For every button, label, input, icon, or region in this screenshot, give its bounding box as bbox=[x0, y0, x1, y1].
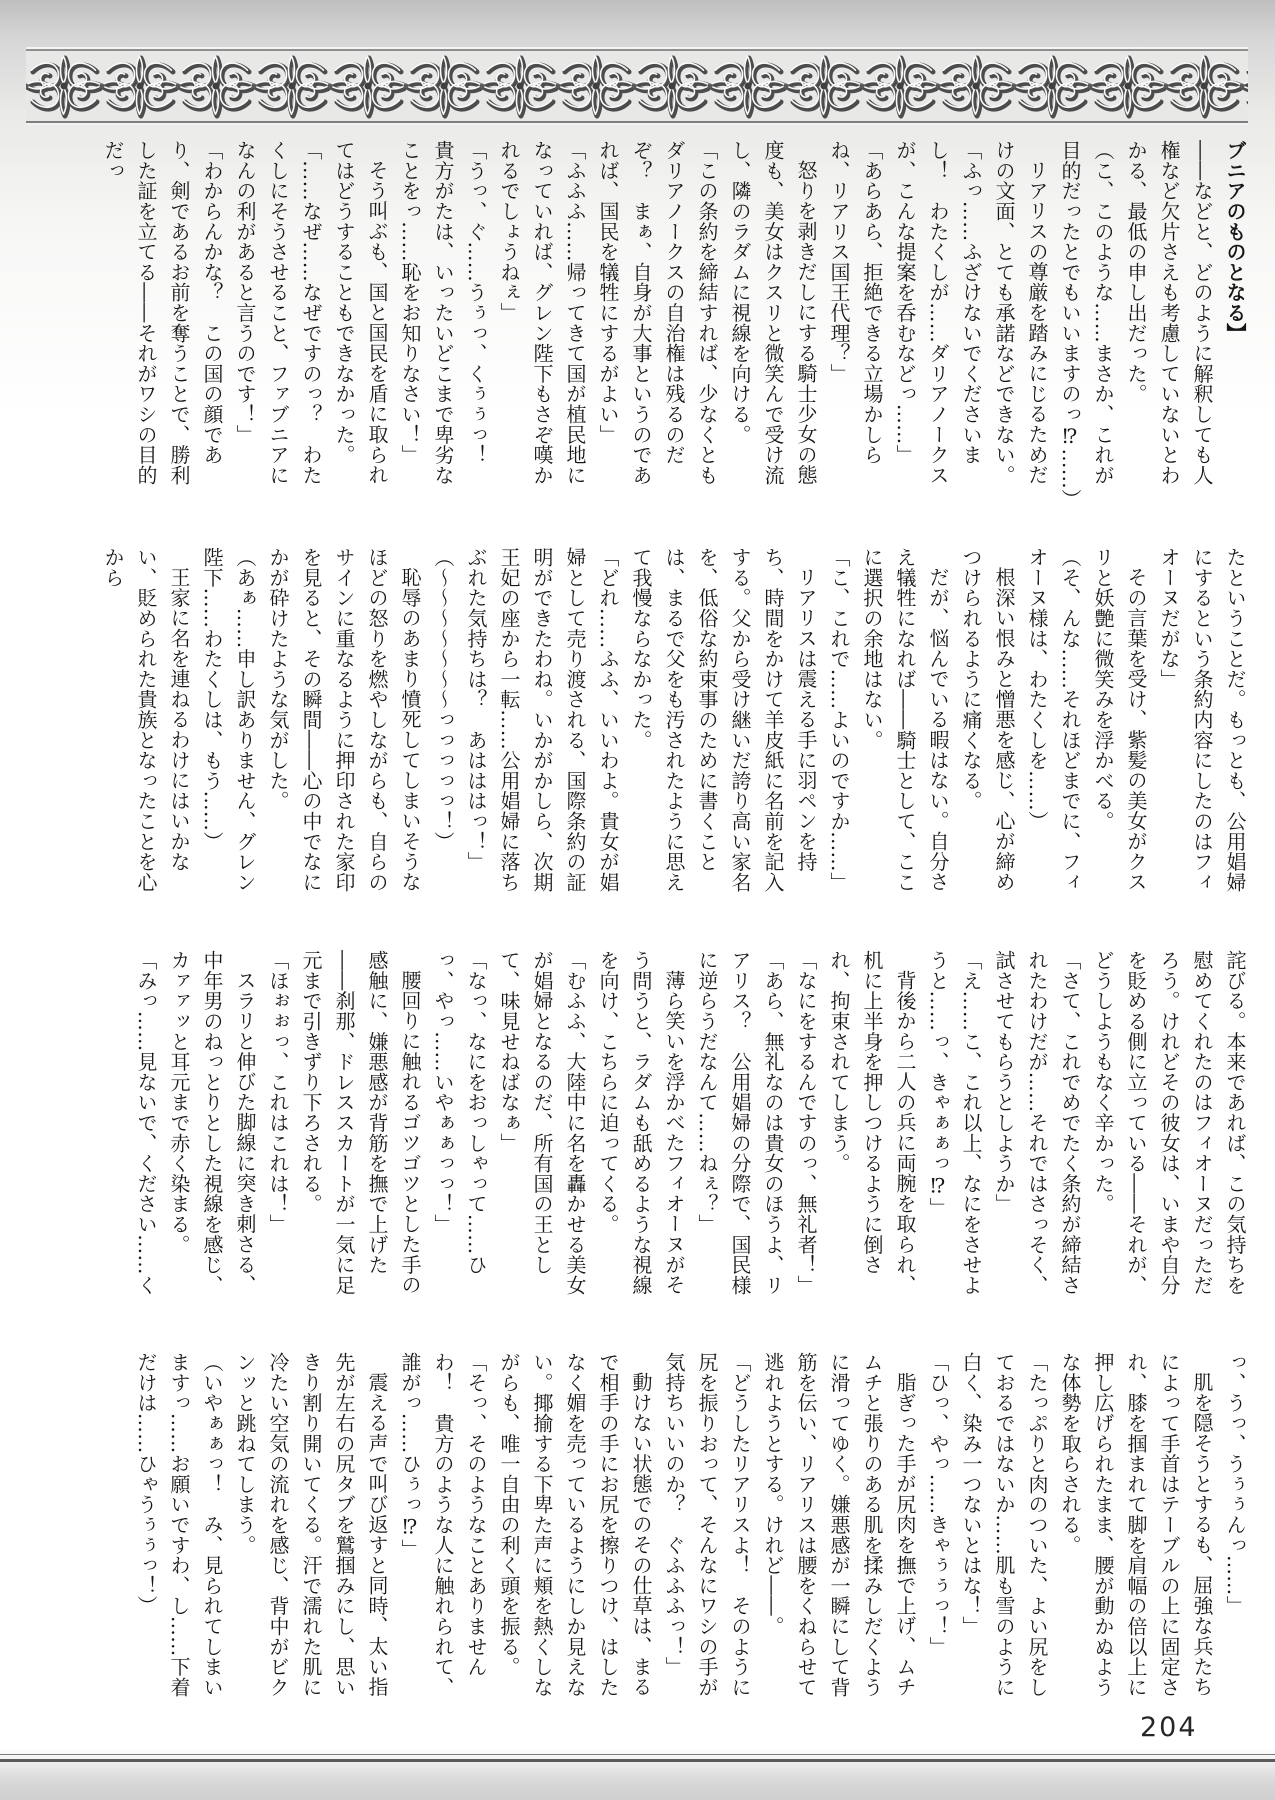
paragraph: 脂ぎった手が尻肉を撫で上げ、ムチムチと張りのある肌を揉みしだくように滑ってゆく。… bbox=[756, 1352, 921, 1714]
paragraph: その言葉を受け、紫髪の美女がクスリと妖艶に微笑みを浮かべる。 bbox=[1086, 547, 1152, 909]
paragraph: 怒りを剥きだしにする騎士少女の態度も、美女はクスリと微笑んで受け流し、隣のラダム… bbox=[723, 140, 822, 502]
paragraph: 「どうしたリアリスよ！ そのように尻を振りおって、そんなにワシの手が気持ちいいの… bbox=[657, 1352, 756, 1714]
text-band-3: 詫びる。本来であれば、この気持ちを慰めてくれたのはフィオーヌだっただろう。けれど… bbox=[119, 950, 1251, 1312]
paragraph: スラリと伸びた脚線に突き刺さる、中年男のねっとりとした視線を感じ、カァァッと耳元… bbox=[162, 950, 261, 1312]
paragraph: 「そっ、そのようなことありませんわ！ 貴方のような人に触れられて、誰がっ……ひぅ… bbox=[393, 1352, 492, 1714]
paragraph: 「どれ……ふふ、いいわよ。貴女が娼婦として売り渡される、国際条約の証明ができたわ… bbox=[459, 547, 624, 909]
paragraph: 「こ、これで……よいのですか……」 bbox=[822, 547, 855, 909]
paragraph: 「なっ、なにをおっしゃって……ひっ、やっ……いやぁぁっっ！」 bbox=[426, 950, 492, 1312]
paragraph: 腰回りに触れるゴツゴツとした手の感触に、嫌悪感が背筋を撫で上げた――刹那、ドレス… bbox=[294, 950, 426, 1312]
paragraph: 恥辱のあまり憤死してしまいそうなほどの怒りを燃やしながらも、自らのサインに重なる… bbox=[261, 547, 426, 909]
paragraph: 「うっ、ぐ……うぅっ、くぅぅっ！ 貴方がたは、いったいどこまで卑劣なことをっ……… bbox=[393, 140, 492, 502]
paragraph: っ、うっ、うぅぅんっ……」 bbox=[1218, 1352, 1251, 1714]
paragraph: 薄ら笑いを浮かべたフィオーヌがそう問うと、ラダムも舐めるような視線を向け、こちら… bbox=[591, 950, 690, 1312]
paragraph: そう叫ぶも、国と国民を盾に取られてはどうすることもできなかった。 bbox=[327, 140, 393, 502]
paragraph: 「あらあら、拒絶できる立場かしらね、リアリス国王代理？」 bbox=[822, 140, 888, 502]
paragraph: （〜〜〜〜〜〜〜っっっっっ！） bbox=[426, 547, 459, 909]
paragraph: 王家に名を連ねるわけにはいかない、貶められた貴族となったことを心から bbox=[96, 547, 195, 909]
paragraph: 震える声で叫び返すと同時、太い指先が左右の尻タブを鷲掴みにし、思いきり割り開いて… bbox=[228, 1352, 393, 1714]
paragraph: リアリスは震える手に羽ペンを持ち、時間をかけて羊皮紙に名前を記入する。父から受け… bbox=[624, 547, 822, 909]
paragraph: 「ひっ、やっ……きゃぅぅっ！」 bbox=[921, 1352, 954, 1714]
paragraph: だが、悩んでいる暇はない。自分さえ犠牲になれば――騎士として、ここに選択の余地は… bbox=[855, 547, 954, 909]
book-page: { "page": { "number": "204" }, "decor": … bbox=[0, 0, 1275, 1800]
paragraph: 「ふふふ……帰ってきて国が植民地になっていれば、グレン陛下もさぞ嘆かれるでしょう… bbox=[492, 140, 591, 502]
paragraph: 「この条約を締結すれば、少なくともダリアノークスの自治権は残るのだぞ？ まぁ、自… bbox=[591, 140, 723, 502]
paragraph: 「なにをするんですのっ、無礼者！」 bbox=[789, 950, 822, 1312]
arabesque-pattern-icon bbox=[26, 51, 1248, 121]
paragraph: 「ほぉぉっ、これはこれは！」 bbox=[261, 950, 294, 1312]
paragraph: 根深い恨みと憎悪を感じ、心が締めつけられるように痛くなる。 bbox=[954, 547, 1020, 909]
section-heading: ブニアのものとなる】 bbox=[1218, 140, 1251, 502]
paragraph: 「みっ……見ないで、ください……く bbox=[129, 950, 162, 1312]
paragraph: （いやぁぁっ！ み、見られてしまいますっ……お願いですわ、し……下着だけは……ひ… bbox=[129, 1352, 228, 1714]
paragraph: （こ、このような……まさか、これが目的だったとでもいいますのっ⁉……） bbox=[1053, 140, 1119, 502]
paragraph: 背後から二人の兵に両腕を取られ、机に上半身を押しつけるように倒され、拘束されてし… bbox=[822, 950, 921, 1312]
text-band-4: っ、うっ、うぅぅんっ……」肌を隠そうとするも、屈強な兵たちによって手首はテーブル… bbox=[119, 1352, 1251, 1714]
paragraph: （そ、んな……それほどまでに、フィオーヌ様は、わたくしを……） bbox=[1020, 547, 1086, 909]
paragraph: たということだ。もっとも、公用娼婦にするという条約内容にしたのはフィオーヌだがな… bbox=[1152, 547, 1251, 909]
paragraph: 「さて、これでめでたく条約が締結されたわけだが……それではさっそく、試させてもら… bbox=[987, 950, 1086, 1312]
footer-rule-thin bbox=[0, 1754, 1275, 1755]
paragraph: 動けない状態でのその仕草は、まるで相手の手にお尻を擦りつけ、はしたなく媚を売って… bbox=[492, 1352, 657, 1714]
paragraph: リアリスの尊厳を踏みにじるためだけの文面、とても承諾などできない。 bbox=[987, 140, 1053, 502]
paragraph: ――などと、どのように解釈しても人権など欠片さえも考慮していないとわかる、最低の… bbox=[1119, 140, 1218, 502]
text-band-1: ブニアのものとなる】――などと、どのように解釈しても人権など欠片さえも考慮してい… bbox=[119, 140, 1251, 502]
paragraph: 「むふふ、大陸中に名を轟かせる美女が娼婦となるのだ、所有国の王として、味見せねば… bbox=[492, 950, 591, 1312]
paragraph: 「え……こ、これ以上、なにをさせようと……っ、きゃぁぁっ⁉」 bbox=[921, 950, 987, 1312]
paragraph: 肌を隠そうとするも、屈強な兵たちによって手首はテーブルの上に固定され、膝を掴まれ… bbox=[1053, 1352, 1218, 1714]
ornamental-border bbox=[26, 49, 1248, 123]
paragraph: 「あら、無礼なのは貴女のほうよ、リアリス？ 公用娼婦の分際で、国民様に逆らうだな… bbox=[690, 950, 789, 1312]
paragraph: 「……なぜ……なぜですのっ？ わたくしにそうさせること、ファブニアになんの利があ… bbox=[228, 140, 327, 502]
paragraph: （あぁ……申し訳ありません、グレン陛下……わたくしは、もう……） bbox=[195, 547, 261, 909]
page-number: 204 bbox=[1140, 1712, 1230, 1743]
paragraph: 「たっぷりと肉のついた、よい尻をしておるではないか……肌も雪のように白く、染み一… bbox=[954, 1352, 1053, 1714]
paragraph: 「ふっ……ふざけないでくださいまし！ わたくしが……ダリアノークスが、こんな提案… bbox=[888, 140, 987, 502]
text-band-2: たということだ。もっとも、公用娼婦にするという条約内容にしたのはフィオーヌだがな… bbox=[119, 547, 1251, 909]
footer-rule-thick bbox=[0, 1759, 1275, 1762]
paragraph: 「わからんかな？ この国の顔であり、剣であるお前を奪うことで、勝利した証を立てる… bbox=[96, 140, 228, 502]
paragraph: 詫びる。本来であれば、この気持ちを慰めてくれたのはフィオーヌだっただろう。けれど… bbox=[1086, 950, 1251, 1312]
